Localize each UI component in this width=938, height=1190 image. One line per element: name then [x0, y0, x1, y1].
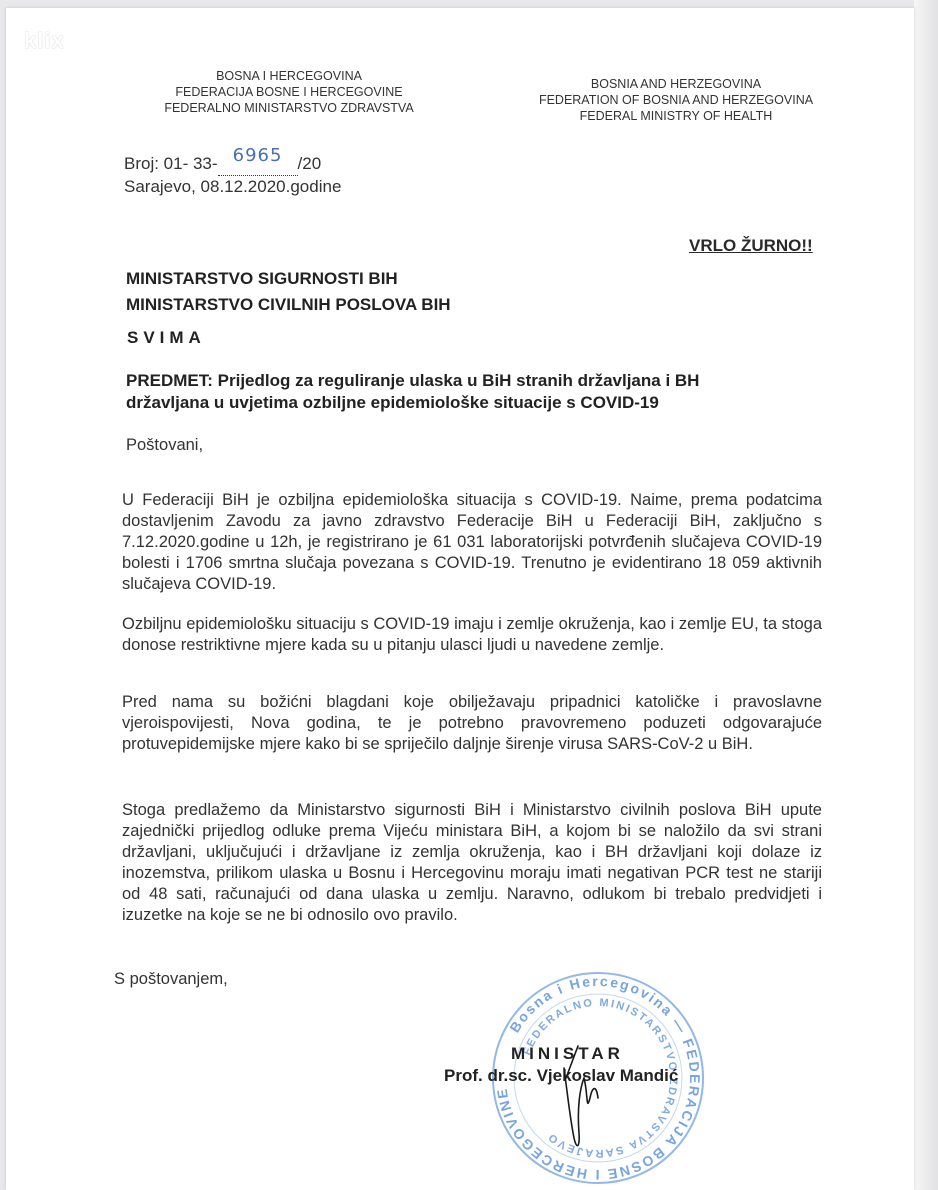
- subject-text: Prijedlog za reguliranje ulaska u BiH st…: [126, 371, 699, 412]
- letterhead-local: BOSNA I HERCEGOVINA FEDERACIJA BOSNE I H…: [144, 68, 434, 116]
- greeting: Poštovani,: [126, 436, 203, 455]
- place-date: Sarajevo, 08.12.2020.godine: [124, 176, 341, 198]
- addressee: SVIMA: [127, 328, 206, 348]
- reference-prefix: Broj: 01- 33-: [124, 154, 218, 173]
- reference-suffix: /20: [298, 154, 322, 173]
- watermark-logo: klix: [24, 28, 65, 54]
- letterhead-line: FEDERATION OF BOSNIA AND HERZEGOVINA: [511, 92, 841, 108]
- recipients: MINISTARSTVO SIGURNOSTI BIH MINISTARSTVO…: [126, 266, 451, 318]
- letterhead-line: BOSNA I HERCEGOVINA: [144, 68, 434, 84]
- urgency-label: VRLO ŽURNO!!: [689, 236, 813, 256]
- letterhead-line: FEDERACIJA BOSNE I HERCEGOVINE: [144, 84, 434, 100]
- reference-block: Broj: 01- 33-6965/20 Sarajevo, 08.12.202…: [124, 153, 341, 198]
- letterhead-line: FEDERALNO MINISTARSTVO ZDRAVSTVA: [144, 100, 434, 116]
- closing: S poštovanjem,: [114, 970, 228, 989]
- recipient: MINISTARSTVO CIVILNIH POSLOVA BIH: [126, 292, 451, 318]
- subject-label: PREDMET:: [126, 371, 213, 390]
- letterhead-line: FEDERAL MINISTRY OF HEALTH: [511, 108, 841, 124]
- body-paragraph: Stoga predlažemo da Ministarstvo sigurno…: [122, 800, 822, 926]
- reference-number: Broj: 01- 33-6965/20: [124, 153, 341, 176]
- recipient: MINISTARSTVO SIGURNOSTI BIH: [126, 266, 451, 292]
- handwritten-signature-icon: [546, 1038, 626, 1158]
- body-paragraph: U Federaciji BiH je ozbiljna epidemiološ…: [122, 490, 822, 595]
- handwritten-number: 6965: [233, 145, 283, 166]
- page-edge-shadow: [914, 0, 938, 1190]
- document-page: klix BOSNA I HERCEGOVINA FEDERACIJA BOSN…: [6, 8, 914, 1190]
- letterhead-english: BOSNIA AND HERZEGOVINA FEDERATION OF BOS…: [511, 76, 841, 124]
- letterhead-line: BOSNIA AND HERZEGOVINA: [511, 76, 841, 92]
- subject: PREDMET: Prijedlog za reguliranje ulaska…: [126, 370, 766, 414]
- body-paragraph: Pred nama su božićni blagdani koje obilj…: [122, 692, 822, 755]
- body-paragraph: Ozbiljnu epidemiološku situaciju s COVID…: [122, 614, 822, 656]
